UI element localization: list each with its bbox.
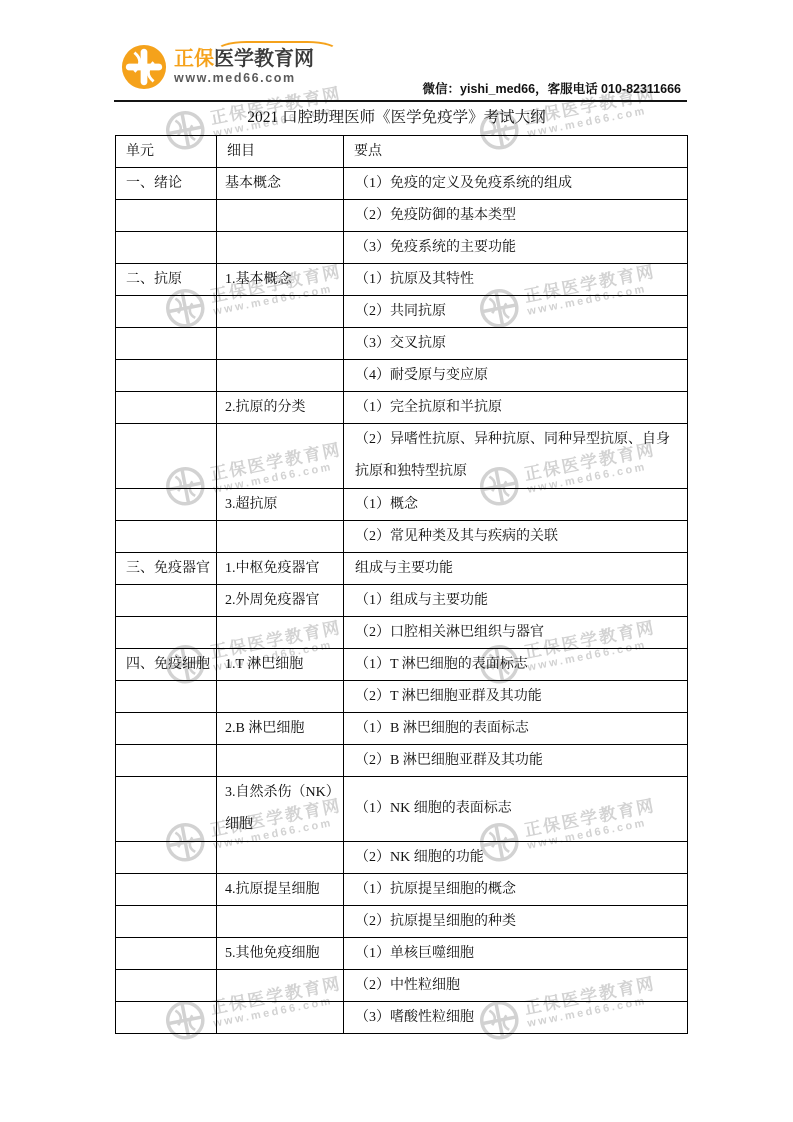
cell-unit: [116, 424, 217, 489]
cell-point: （3）嗜酸性粒细胞: [344, 1002, 688, 1034]
cell-unit: [116, 521, 217, 553]
syllabus-table: 单元 细目 要点 一、绪论基本概念（1）免疫的定义及免疫系统的组成（2）免疫防御…: [115, 135, 688, 1034]
cell-point: （1）T 淋巴细胞的表面标志: [344, 649, 688, 681]
table-row: （2）常见种类及其与疾病的关联: [116, 521, 688, 553]
table-row: 3.自然杀伤（NK）细胞（1）NK 细胞的表面标志: [116, 777, 688, 842]
cell-point: （2）抗原提呈细胞的种类: [344, 906, 688, 938]
cell-unit: [116, 713, 217, 745]
cell-item: 基本概念: [217, 168, 344, 200]
cell-point: （3）交叉抗原: [344, 328, 688, 360]
cell-item: 2.B 淋巴细胞: [217, 713, 344, 745]
column-header-point: 要点: [344, 136, 688, 168]
table-row: （2）B 淋巴细胞亚群及其功能: [116, 745, 688, 777]
table-row: 一、绪论基本概念（1）免疫的定义及免疫系统的组成: [116, 168, 688, 200]
table-row: （3）免疫系统的主要功能: [116, 232, 688, 264]
cell-point: （1）B 淋巴细胞的表面标志: [344, 713, 688, 745]
brand-logo-icon: [121, 44, 167, 90]
cell-unit: [116, 617, 217, 649]
cell-point: （3）免疫系统的主要功能: [344, 232, 688, 264]
table-row: 4.抗原提呈细胞（1）抗原提呈细胞的概念: [116, 874, 688, 906]
cell-point: （2）免疫防御的基本类型: [344, 200, 688, 232]
table-row: 2.外周免疫器官（1）组成与主要功能: [116, 585, 688, 617]
cell-item: [217, 232, 344, 264]
cell-unit: [116, 970, 217, 1002]
cell-item: [217, 424, 344, 489]
cell-unit: [116, 200, 217, 232]
cell-item: 1.中枢免疫器官: [217, 553, 344, 585]
table-row: 3.超抗原（1）概念: [116, 489, 688, 521]
document-page: 正保医学教育网www.med66.com正保医学教育网www.med66.com…: [0, 0, 793, 1122]
table-row: 2.抗原的分类（1）完全抗原和半抗原: [116, 392, 688, 424]
cell-point: （4）耐受原与变应原: [344, 360, 688, 392]
cell-point: （1）组成与主要功能: [344, 585, 688, 617]
contact-info: 微信：yishi_med66，客服电话 010-82311666: [423, 79, 681, 97]
table-row: （4）耐受原与变应原: [116, 360, 688, 392]
cell-unit: [116, 777, 217, 842]
cell-item: 3.超抗原: [217, 489, 344, 521]
cell-point: （1）免疫的定义及免疫系统的组成: [344, 168, 688, 200]
table-row: （2）口腔相关淋巴组织与器官: [116, 617, 688, 649]
cell-point: （1）抗原及其特性: [344, 264, 688, 296]
cell-unit: [116, 360, 217, 392]
cell-point: （1）单核巨噬细胞: [344, 938, 688, 970]
cell-unit: [116, 681, 217, 713]
cell-unit: [116, 842, 217, 874]
table-row: 二、抗原1.基本概念（1）抗原及其特性: [116, 264, 688, 296]
brand-name-primary: 正保: [174, 48, 214, 70]
syllabus-table-body: 一、绪论基本概念（1）免疫的定义及免疫系统的组成（2）免疫防御的基本类型（3）免…: [116, 168, 688, 1034]
cell-item: 1.T 淋巴细胞: [217, 649, 344, 681]
table-row: （2）免疫防御的基本类型: [116, 200, 688, 232]
cell-unit: [116, 232, 217, 264]
cell-item: [217, 617, 344, 649]
cell-item: [217, 521, 344, 553]
table-header-row: 单元 细目 要点: [116, 136, 688, 168]
table-row: （2）T 淋巴细胞亚群及其功能: [116, 681, 688, 713]
cell-point: （2）T 淋巴细胞亚群及其功能: [344, 681, 688, 713]
brand-name-secondary: 医学教育网: [214, 48, 314, 70]
cell-point: 组成与主要功能: [344, 553, 688, 585]
document-title: 2021 口腔助理医师《医学免疫学》考试大纲: [0, 105, 793, 127]
cell-unit: [116, 585, 217, 617]
cell-unit: [116, 938, 217, 970]
table-row: （3）交叉抗原: [116, 328, 688, 360]
cell-item: [217, 745, 344, 777]
cell-item: [217, 1002, 344, 1034]
cell-unit: 四、免疫细胞: [116, 649, 217, 681]
cell-unit: 二、抗原: [116, 264, 217, 296]
cell-point: （1）概念: [344, 489, 688, 521]
cell-point: （1）完全抗原和半抗原: [344, 392, 688, 424]
cell-item: [217, 842, 344, 874]
table-row: 5.其他免疫细胞（1）单核巨噬细胞: [116, 938, 688, 970]
cell-point: （2）异嗜性抗原、异种抗原、同种异型抗原、自身抗原和独特型抗原: [344, 424, 688, 489]
table-row: （2）NK 细胞的功能: [116, 842, 688, 874]
table-row: （2）共同抗原: [116, 296, 688, 328]
table-row: 三、免疫器官1.中枢免疫器官组成与主要功能: [116, 553, 688, 585]
cell-item: 2.外周免疫器官: [217, 585, 344, 617]
cell-unit: 一、绪论: [116, 168, 217, 200]
cell-item: [217, 681, 344, 713]
cell-item: 5.其他免疫细胞: [217, 938, 344, 970]
column-header-unit: 单元: [116, 136, 217, 168]
table-row: （2）抗原提呈细胞的种类: [116, 906, 688, 938]
cell-item: [217, 328, 344, 360]
brand-url: www.med66.com: [174, 72, 314, 86]
cell-item: [217, 200, 344, 232]
cell-point: （2）NK 细胞的功能: [344, 842, 688, 874]
cell-unit: [116, 296, 217, 328]
cell-unit: 三、免疫器官: [116, 553, 217, 585]
cell-item: [217, 360, 344, 392]
cell-unit: [116, 906, 217, 938]
cell-point: （2）常见种类及其与疾病的关联: [344, 521, 688, 553]
cell-unit: [116, 745, 217, 777]
cell-item: 2.抗原的分类: [217, 392, 344, 424]
cell-point: （1）NK 细胞的表面标志: [344, 777, 688, 842]
brand-logo: 正保医学教育网 www.med66.com: [121, 44, 314, 90]
table-row: （3）嗜酸性粒细胞: [116, 1002, 688, 1034]
cell-item: [217, 906, 344, 938]
cell-point: （2）B 淋巴细胞亚群及其功能: [344, 745, 688, 777]
cell-unit: [116, 874, 217, 906]
cell-unit: [116, 1002, 217, 1034]
table-row: 2.B 淋巴细胞（1）B 淋巴细胞的表面标志: [116, 713, 688, 745]
cell-unit: [116, 328, 217, 360]
cell-point: （1）抗原提呈细胞的概念: [344, 874, 688, 906]
header-divider: [114, 100, 687, 102]
table-row: （2）中性粒细胞: [116, 970, 688, 1002]
column-header-item: 细目: [217, 136, 344, 168]
brand-logo-text: 正保医学教育网 www.med66.com: [174, 48, 314, 86]
cell-point: （2）中性粒细胞: [344, 970, 688, 1002]
cell-unit: [116, 392, 217, 424]
cell-item: [217, 296, 344, 328]
cell-item: [217, 970, 344, 1002]
cell-point: （2）口腔相关淋巴组织与器官: [344, 617, 688, 649]
cell-item: 3.自然杀伤（NK）细胞: [217, 777, 344, 842]
cell-unit: [116, 489, 217, 521]
cell-item: 1.基本概念: [217, 264, 344, 296]
table-row: 四、免疫细胞1.T 淋巴细胞（1）T 淋巴细胞的表面标志: [116, 649, 688, 681]
cell-point: （2）共同抗原: [344, 296, 688, 328]
cell-item: 4.抗原提呈细胞: [217, 874, 344, 906]
table-row: （2）异嗜性抗原、异种抗原、同种异型抗原、自身抗原和独特型抗原: [116, 424, 688, 489]
